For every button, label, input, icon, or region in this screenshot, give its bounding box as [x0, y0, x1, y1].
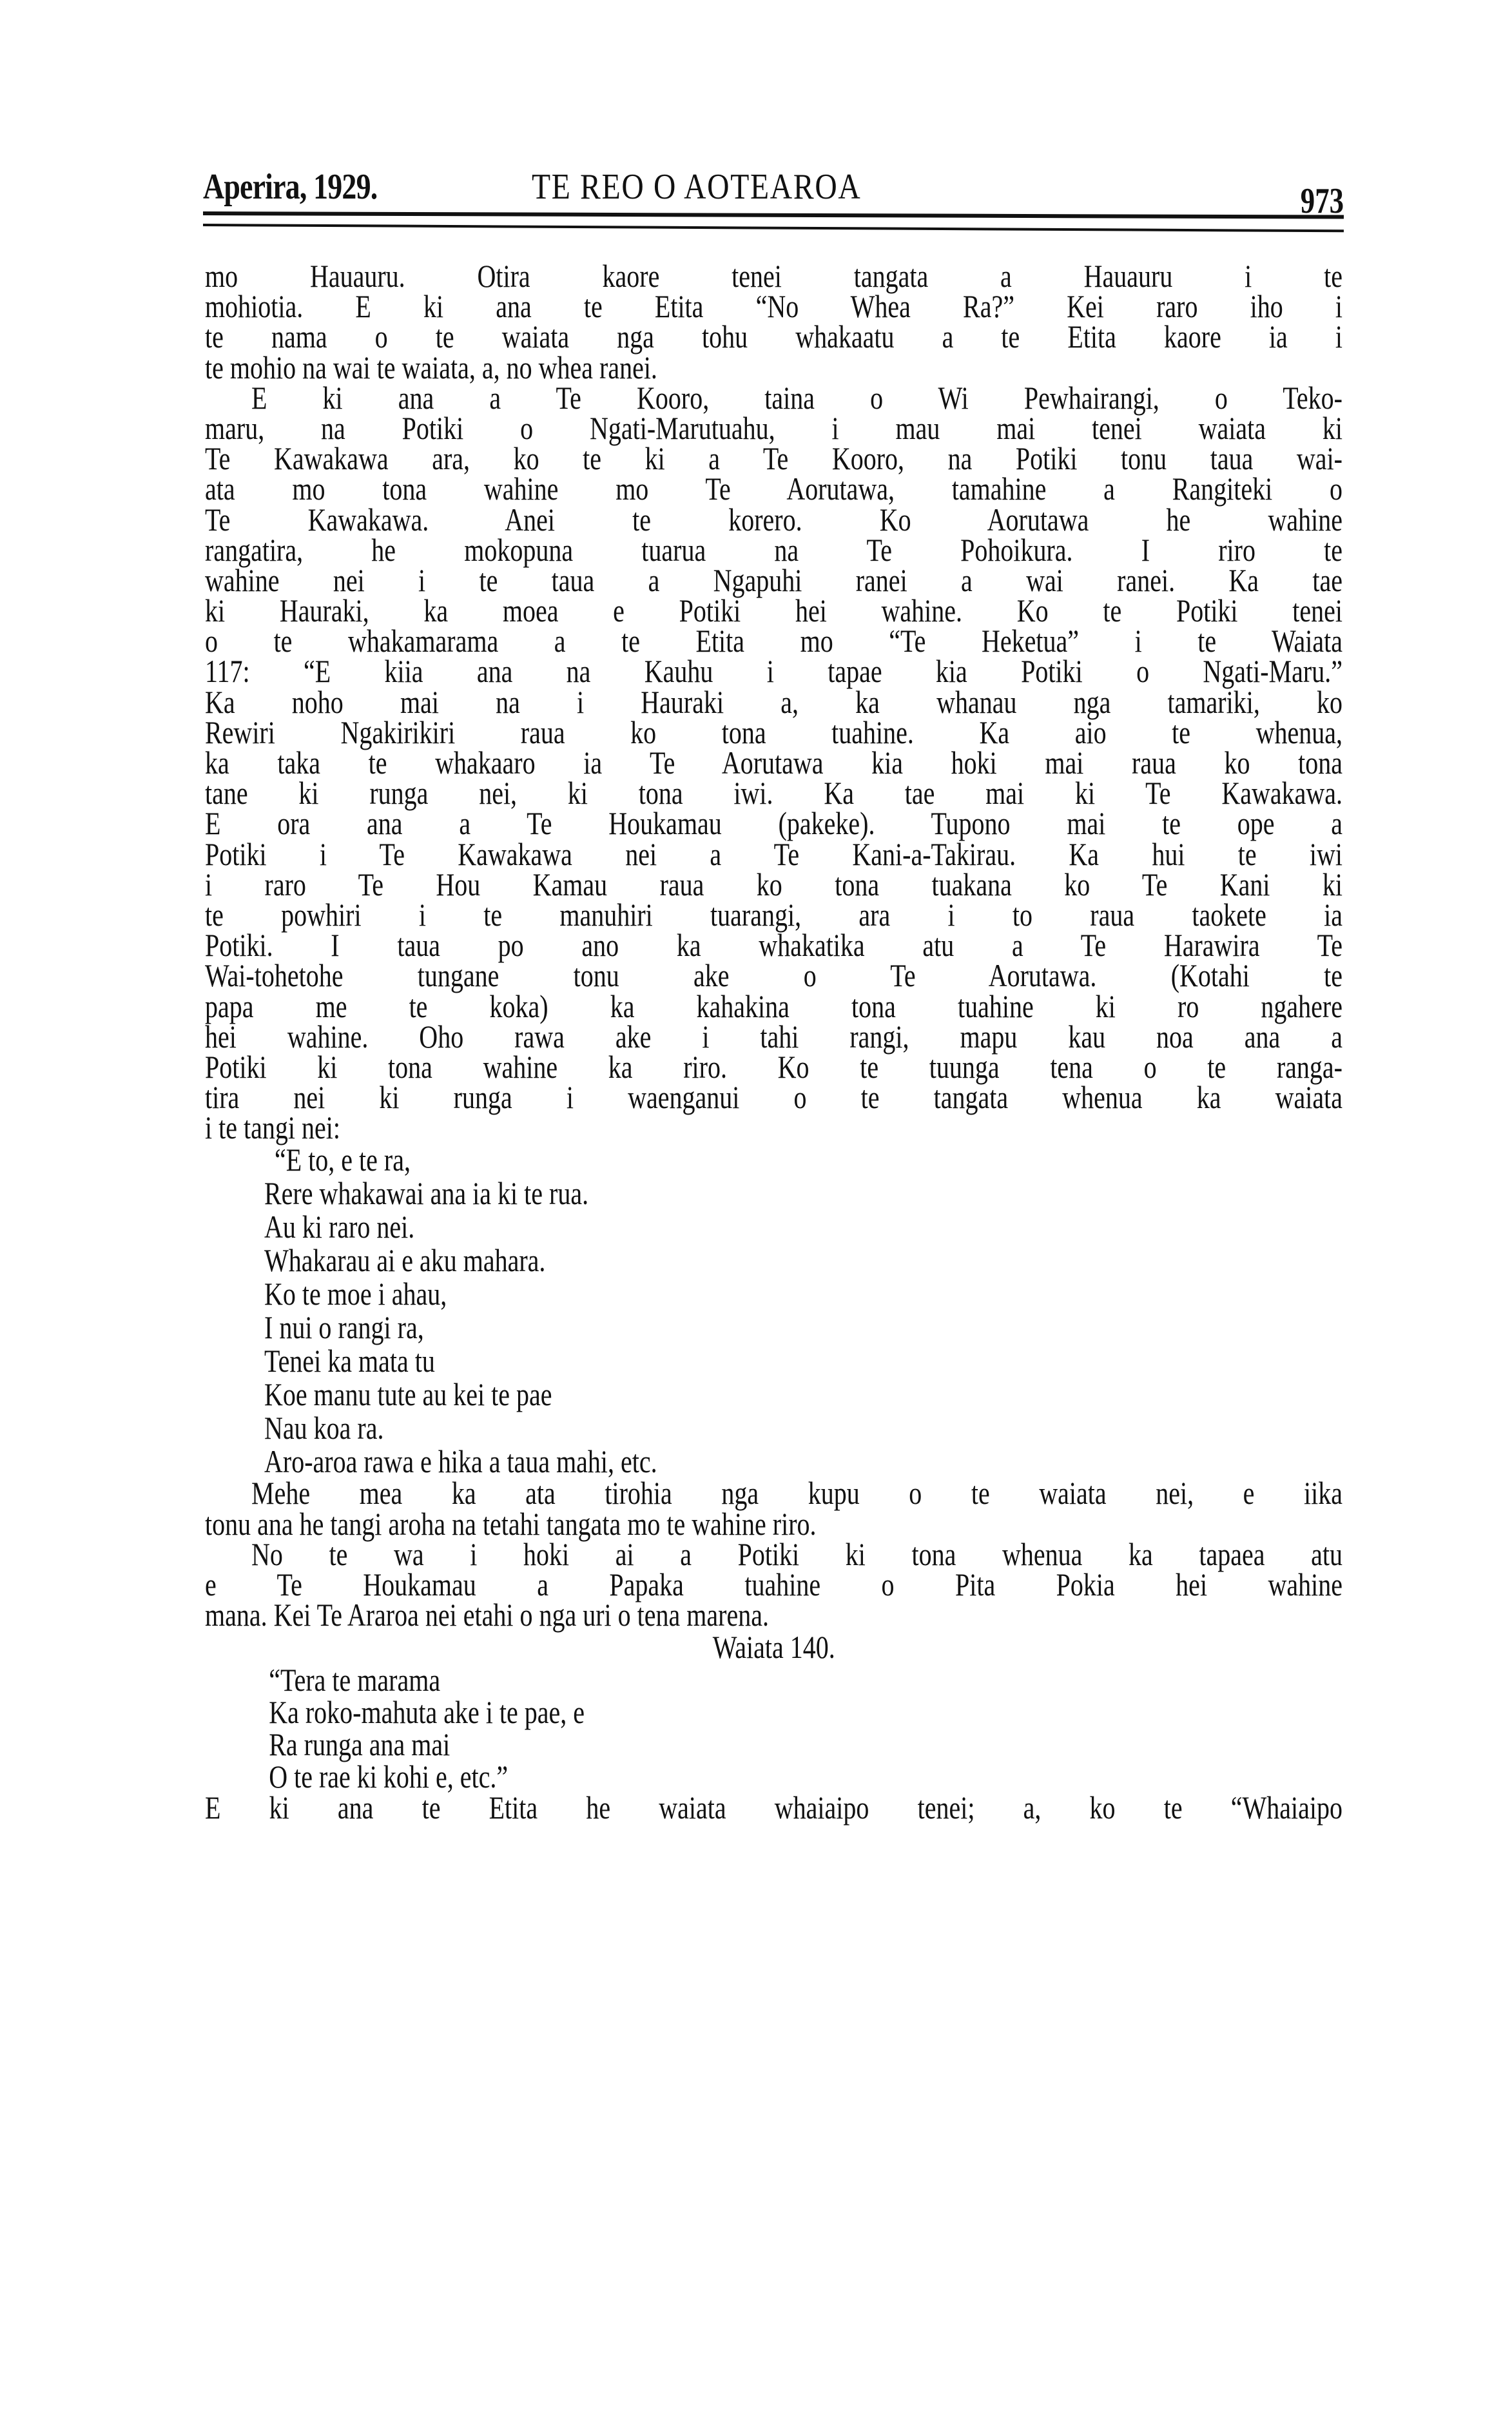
verse-line: “E to, e te ra,	[205, 1143, 1115, 1176]
text-line: Ka noho mai na i Hauraki a, ka whanau ng…	[205, 687, 1342, 717]
closing-paragraph: E ki ana te Etita he waiata whaiaipo ten…	[205, 1793, 1342, 1823]
article-body: mo Hauauru. Otira kaore tenei tangata a …	[205, 261, 1342, 1824]
text-line: Potiki ki tona wahine ka riro. Ko te tuu…	[205, 1052, 1342, 1082]
verse-line: Whakarau ai e aku mahara.	[205, 1243, 1115, 1277]
text-line: ata mo tona wahine mo Te Aorutawa, tamah…	[205, 474, 1342, 504]
text-line: e Te Houkamau a Papaka tuahine o Pita Po…	[205, 1570, 1342, 1600]
text-line: Potiki i Te Kawakawa nei a Te Kani-a-Tak…	[205, 839, 1342, 870]
verse-2: “Tera te marama Ka roko-mahuta ake i te …	[205, 1664, 1342, 1793]
paragraph-4: No te wa i hoki ai a Potiki ki tona when…	[205, 1539, 1342, 1631]
header-rule-bottom	[203, 224, 1344, 232]
text-line: papa me te koka) ka kahakina tona tuahin…	[205, 991, 1342, 1022]
verse-line: Nau koa ra.	[205, 1411, 1115, 1445]
text-line: ka taka te whakaaro ia Te Aorutawa kia h…	[205, 748, 1342, 778]
text-line: maru, na Potiki o Ngati-Marutuahu, i mau…	[205, 413, 1342, 443]
text-line: mana. Kei Te Araroa nei etahi o nga uri …	[205, 1600, 1342, 1630]
text-line: ki Hauraki, ka moea e Potiki hei wahine.…	[205, 596, 1342, 626]
text-line: Rewiri Ngakirikiri raua ko tona tuahine.…	[205, 717, 1342, 748]
verse-line: Aro-aroa rawa e hika a taua mahi, etc.	[205, 1445, 1115, 1478]
text-line: E ora ana a Te Houkamau (pakeke). Tupono…	[205, 808, 1342, 839]
text-line: mohiotia. E ki ana te Etita “No Whea Ra?…	[205, 291, 1342, 322]
verse-line: Ra runga ana mai	[205, 1728, 1115, 1760]
verse-line: Rere whakawai ana ia ki te rua.	[205, 1176, 1115, 1210]
text-line: E ki ana te Etita he waiata whaiaipo ten…	[205, 1793, 1342, 1823]
text-line: tira nei ki runga i waenganui o te tanga…	[205, 1082, 1342, 1113]
paragraph-3: Mehe mea ka ata tirohia nga kupu o te wa…	[205, 1478, 1342, 1539]
text-line: o te whakamarama a te Etita mo “Te Heket…	[205, 626, 1342, 656]
paragraph-2: E ki ana a Te Kooro, taina o Wi Pewhaira…	[205, 383, 1342, 1144]
text-line: i te tangi nei:	[205, 1113, 1342, 1143]
text-line: tonu ana he tangi aroha na tetahi tangat…	[205, 1509, 1342, 1539]
paragraph-1: mo Hauauru. Otira kaore tenei tangata a …	[205, 261, 1342, 383]
verse-line: Koe manu tute au kei te pae	[205, 1378, 1115, 1411]
text-line: rangatira, he mokopuna tuarua na Te Poho…	[205, 535, 1342, 565]
document-page: Aperira, 1929. TE REO O AOTEAROA 973 mo …	[0, 0, 1512, 2425]
verse-line: Ko te moe i ahau,	[205, 1277, 1115, 1310]
text-line: Mehe mea ka ata tirohia nga kupu o te wa…	[205, 1478, 1342, 1508]
text-line: E ki ana a Te Kooro, taina o Wi Pewhaira…	[205, 383, 1342, 413]
publication-title: TE REO O AOTEAROA	[532, 166, 861, 208]
text-line: tane ki runga nei, ki tona iwi. Ka tae m…	[205, 778, 1342, 808]
verse-1: “E to, e te ra, Rere whakawai ana ia ki …	[205, 1143, 1342, 1478]
verse-line: O te rae ki kohi e, etc.”	[205, 1760, 1115, 1793]
verse-line: I nui o rangi ra,	[205, 1310, 1115, 1344]
running-header: Aperira, 1929. TE REO O AOTEAROA 973	[203, 166, 1344, 211]
song-heading: Waiata 140.	[205, 1630, 1342, 1664]
text-line: 117: “E kiia ana na Kauhu i tapae kia Po…	[205, 656, 1342, 687]
text-line: te mohio na wai te waiata, a, no whea ra…	[205, 353, 1342, 383]
verse-line: “Tera te marama	[205, 1664, 1115, 1696]
text-line: mo Hauauru. Otira kaore tenei tangata a …	[205, 261, 1342, 291]
verse-line: Ka roko-mahuta ake i te pae, e	[205, 1696, 1115, 1728]
verse-line: Au ki raro nei.	[205, 1210, 1115, 1243]
text-line: Te Kawakawa ara, ko te ki a Te Kooro, na…	[205, 443, 1342, 474]
song-heading-text: Waiata 140.	[712, 1630, 835, 1664]
text-line: No te wa i hoki ai a Potiki ki tona when…	[205, 1539, 1342, 1570]
text-line: wahine nei i te taua a Ngapuhi ranei a w…	[205, 565, 1342, 596]
text-line: te nama o te waiata nga tohu whakaatu a …	[205, 322, 1342, 352]
verse-line: Tenei ka mata tu	[205, 1344, 1115, 1378]
issue-date: Aperira, 1929.	[203, 166, 377, 208]
text-line: Te Kawakawa. Anei te korero. Ko Aorutawa…	[205, 505, 1342, 535]
text-line: Wai-tohetohe tungane tonu ake o Te Aorut…	[205, 960, 1342, 991]
text-line: Potiki. I taua po ano ka whakatika atu a…	[205, 930, 1342, 960]
text-line: i raro Te Hou Kamau raua ko tona tuakana…	[205, 870, 1342, 900]
header-rule-top	[203, 211, 1344, 219]
text-line: te powhiri i te manuhiri tuarangi, ara i…	[205, 900, 1342, 930]
text-line: hei wahine. Oho rawa ake i tahi rangi, m…	[205, 1022, 1342, 1052]
